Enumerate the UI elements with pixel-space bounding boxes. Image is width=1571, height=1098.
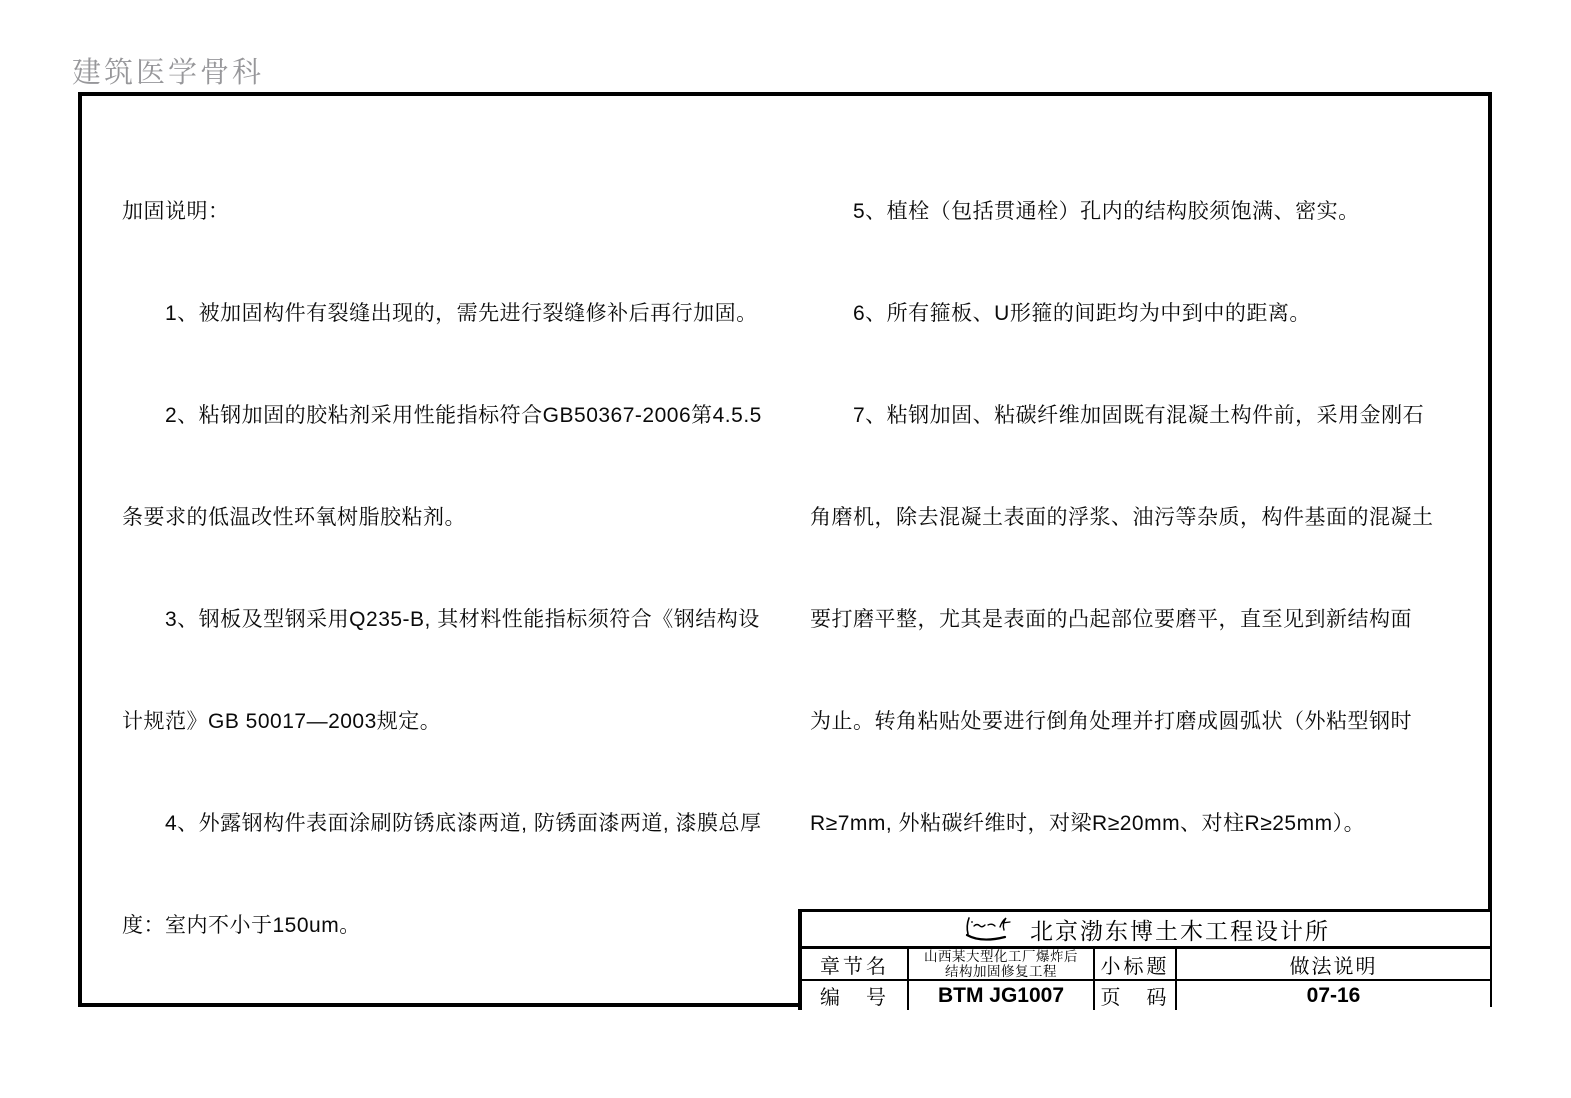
note-line: 计规范》GB 50017—2003规定。 (122, 705, 777, 739)
page-label-cell: 页 码 (1094, 980, 1176, 1010)
note-line: 6、所有箍板、U形箍的间距均为中到中的距离。 (810, 297, 1472, 331)
notes-left-column: 加固说明： 1、被加固构件有裂缝出现的，需先进行裂缝修补后再行加固。 2、粘钢加… (122, 127, 777, 1011)
number-label: 编 号 (820, 987, 889, 1009)
subtitle-value: 做法说明 (1290, 956, 1378, 978)
chapter-value-cell: 山西某大型化工厂爆炸后 结构加固修复工程 (908, 948, 1094, 981)
note-line: 条要求的低温改性环氧树脂胶粘剂。 (122, 501, 777, 535)
number-value-cell: BTM JG1007 (908, 980, 1094, 1010)
note-line: 7、粘钢加固、粘碳纤维加固既有混凝土构件前，采用金刚石 (810, 399, 1472, 433)
subtitle-value-cell: 做法说明 (1176, 948, 1490, 981)
project-name-line1: 山西某大型化工厂爆炸后 (909, 949, 1093, 964)
note-line: 1、被加固构件有裂缝出现的，需先进行裂缝修补后再行加固。 (122, 297, 777, 331)
title-block-table: 北京渤东博土木工程设计所 章节名 山西某大型化工厂爆炸后 结构加固修复工程 小标… (798, 909, 1490, 1010)
page-number: 07-16 (1307, 984, 1361, 1007)
company-cell: 北京渤东博土木工程设计所 (800, 911, 1490, 948)
signature-logo-icon (962, 914, 1018, 944)
subtitle-label-cell: 小标题 (1094, 948, 1176, 981)
company-name: 北京渤东博土木工程设计所 (1030, 913, 1330, 946)
note-line: 2、粘钢加固的胶粘剂采用性能指标符合GB50367-2006第4.5.5 (122, 399, 777, 433)
notes-right-column: 5、植栓（包括贯通栓）孔内的结构胶须饱满、密实。 6、所有箍板、U形箍的间距均为… (810, 127, 1472, 1011)
note-line: 度：室内不小于150um。 (122, 909, 777, 943)
note-line: 4、外露钢构件表面涂刷防锈底漆两道, 防锈面漆两道, 漆膜总厚 (122, 807, 777, 841)
note-line: 3、钢板及型钢采用Q235-B, 其材料性能指标须符合《钢结构设 (122, 603, 777, 637)
page-watermark-title: 建筑医学骨科 (72, 50, 264, 91)
drawing-number: BTM JG1007 (938, 984, 1064, 1007)
number-label-cell: 编 号 (800, 980, 908, 1010)
note-line: 角磨机，除去混凝土表面的浮浆、油污等杂质，构件基面的混凝土 (810, 501, 1472, 535)
chapter-label: 章节名 (820, 956, 889, 978)
project-name-line2: 结构加固修复工程 (909, 964, 1093, 979)
title-block: 北京渤东博土木工程设计所 章节名 山西某大型化工厂爆炸后 结构加固修复工程 小标… (798, 909, 1488, 1003)
note-line: 为止。转角粘贴处要进行倒角处理并打磨成圆弧状（外粘型钢时 (810, 705, 1472, 739)
note-line: 5、植栓（包括贯通栓）孔内的结构胶须饱满、密实。 (810, 195, 1472, 229)
notes-heading: 加固说明： (122, 195, 777, 229)
note-line: R≥7mm, 外粘碳纤维时，对梁R≥20mm、对柱R≥25mm）。 (810, 807, 1472, 841)
note-line: 要打磨平整，尤其是表面的凸起部位要磨平，直至见到新结构面 (810, 603, 1472, 637)
chapter-label-cell: 章节名 (800, 948, 908, 981)
page-label: 页 码 (1101, 987, 1170, 1009)
page-value-cell: 07-16 (1176, 980, 1490, 1010)
subtitle-label: 小标题 (1101, 956, 1170, 978)
drawing-frame: 加固说明： 1、被加固构件有裂缝出现的，需先进行裂缝修补后再行加固。 2、粘钢加… (78, 92, 1492, 1007)
